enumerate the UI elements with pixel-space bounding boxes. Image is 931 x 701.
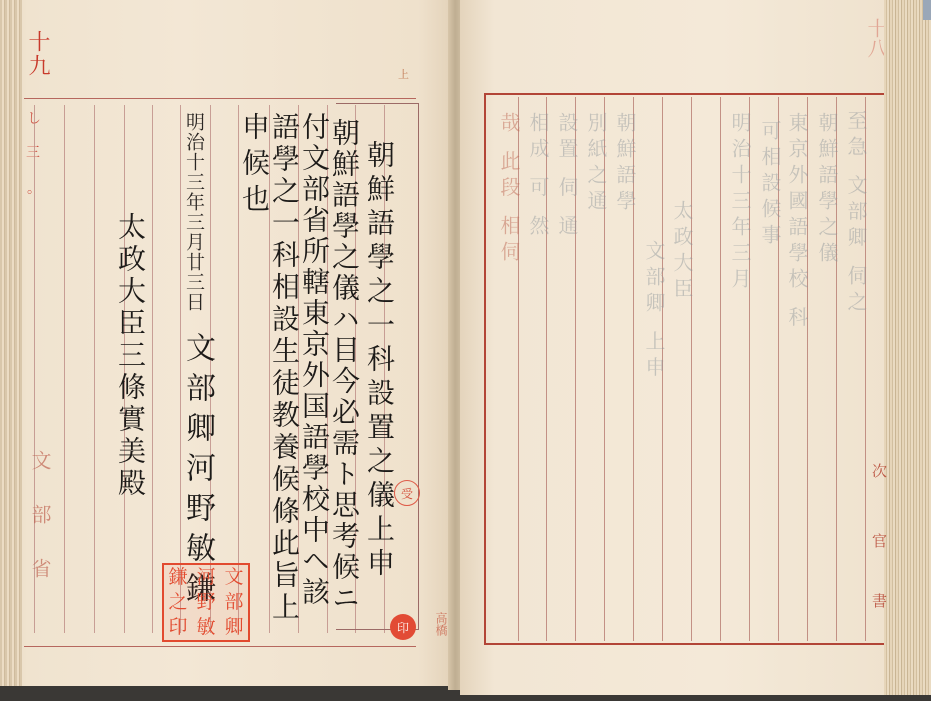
bleed-column: 朝鮮語學	[611, 112, 640, 216]
seal-char: 印	[164, 615, 192, 640]
seal-char: 敏	[192, 615, 220, 640]
body-column-4: 申候也	[240, 112, 268, 220]
outside-seal: 高橋	[430, 612, 450, 636]
seal-char: 野	[192, 590, 220, 615]
edge-mark: 官	[872, 530, 887, 551]
seal-char: 河	[192, 565, 220, 590]
body-column-1: 朝鮮語學之儀ハ目今必需ト思考候ニ	[330, 118, 358, 614]
seal-char: 部	[220, 590, 248, 615]
column-rule	[64, 105, 65, 633]
round-seal-large: 印	[390, 614, 416, 640]
document-date: 明治十三年三月廿三日	[184, 112, 203, 312]
body-column-3: 語學之一科相設生徒教養候條此旨上	[270, 112, 298, 624]
bleed-column: 設置 伺 通	[553, 112, 582, 241]
seal-char: 之	[164, 590, 192, 615]
edge-mark: 部	[28, 504, 52, 558]
addressee: 太政大臣三條實美殿	[116, 212, 144, 500]
column-rule	[720, 97, 721, 641]
left-page: 十九 上 し 三 。 朝鮮語學之一科設置之儀上申 朝鮮語學之儀ハ目今必需ト思考候…	[0, 0, 455, 686]
document-title-column: 朝鮮語學之一科設置之儀上申	[365, 140, 393, 582]
right-page-edges	[884, 0, 931, 695]
top-margin-mark: 上	[398, 66, 409, 82]
left-edge-marks: 文部省	[26, 450, 55, 612]
bleed-column: 可相設候事	[756, 120, 785, 250]
open-book: 十九 上 し 三 。 朝鮮語學之一科設置之儀上申 朝鮮語學之儀ハ目今必需ト思考候…	[0, 0, 931, 701]
column-rule	[691, 97, 692, 641]
left-page-edges	[0, 0, 22, 686]
bleed-column: 相成 可 然	[524, 112, 553, 241]
edge-mark: 省	[28, 558, 52, 612]
bleed-column: 明治十三年三月	[726, 112, 755, 294]
edge-mark: 書	[872, 590, 887, 611]
column-rule	[152, 105, 153, 633]
left-page-number: 十九	[26, 30, 48, 78]
seal-char: 卿	[220, 615, 248, 640]
bleed-column: 別紙之通	[582, 112, 611, 216]
official-square-seal: 鎌 河 文 之 野 部 印 敏 卿	[162, 563, 250, 642]
bleed-column: 哉 此段 相伺	[495, 112, 524, 267]
column-rule	[94, 105, 95, 633]
bleed-column: 東京外國語學校 科	[783, 112, 812, 332]
bleed-column: 朝鮮語學之儀	[813, 112, 842, 268]
edge-mark: 次	[872, 460, 887, 481]
bleed-column: 文部卿 上申	[640, 240, 669, 382]
bleed-column: 太政大臣	[668, 200, 697, 304]
body-column-2: 付文部省所轄東京外国語學校中ヘ該	[300, 112, 328, 608]
bleed-column: 至急 文部卿 伺之	[842, 110, 871, 317]
seal-char: 鎌	[164, 565, 192, 590]
round-seal-small: 受	[394, 480, 420, 506]
seal-char: 文	[220, 565, 248, 590]
edge-mark: 文	[28, 450, 52, 504]
